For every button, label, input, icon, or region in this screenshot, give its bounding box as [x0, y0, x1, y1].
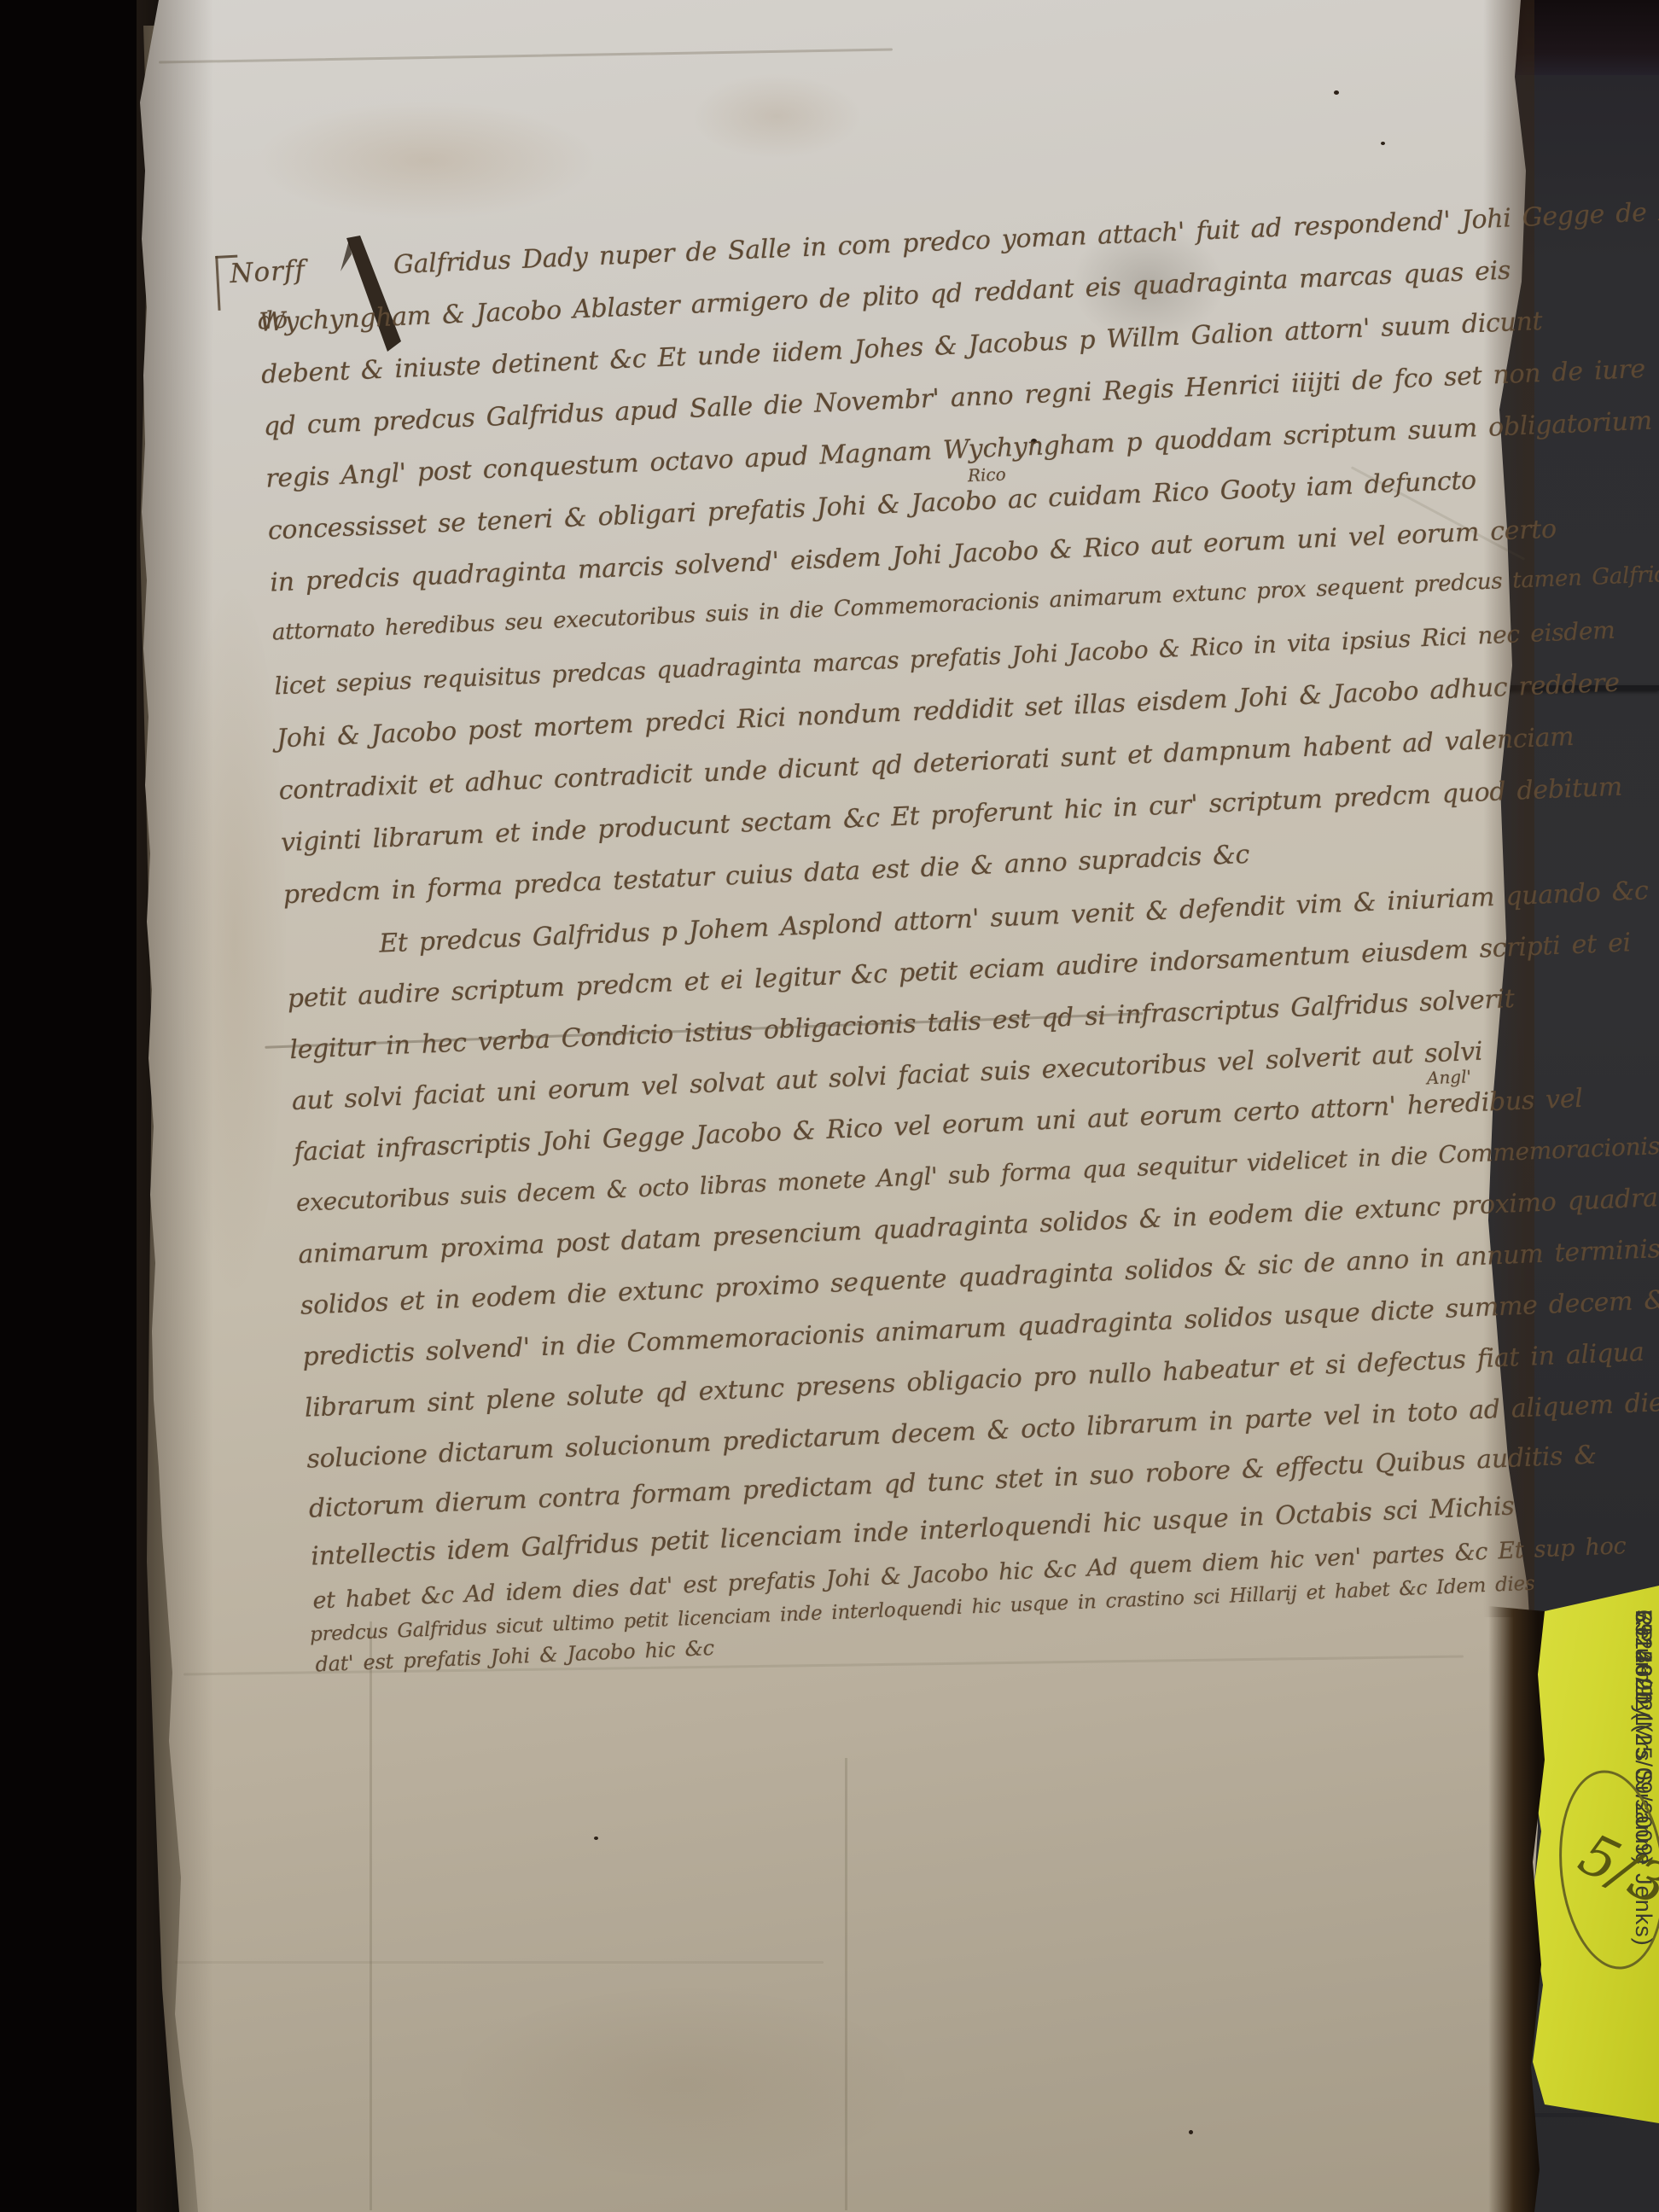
manuscript-interlineation: Angl' [1426, 1066, 1471, 1088]
manuscript-text-block: Galfridus Dady nuper de Salle in com pre… [256, 193, 1615, 1748]
manuscript-interlineation: Rico [967, 463, 1006, 486]
stain-top-left [256, 101, 597, 220]
horizontal-crease-bottom [175, 1961, 824, 1964]
photograph-of-plea-roll-membrane: 5915621 CP 40/921 Return by (25/09/2009)… [0, 0, 1659, 2212]
stain-top-middle [691, 73, 862, 159]
ink-speck [1334, 90, 1339, 95]
ink-speck [594, 1837, 598, 1840]
ink-speck [1189, 2130, 1193, 2134]
stain-left-margin [183, 589, 286, 1289]
ink-speck [1381, 142, 1385, 145]
stain-bottom [461, 1988, 905, 2176]
